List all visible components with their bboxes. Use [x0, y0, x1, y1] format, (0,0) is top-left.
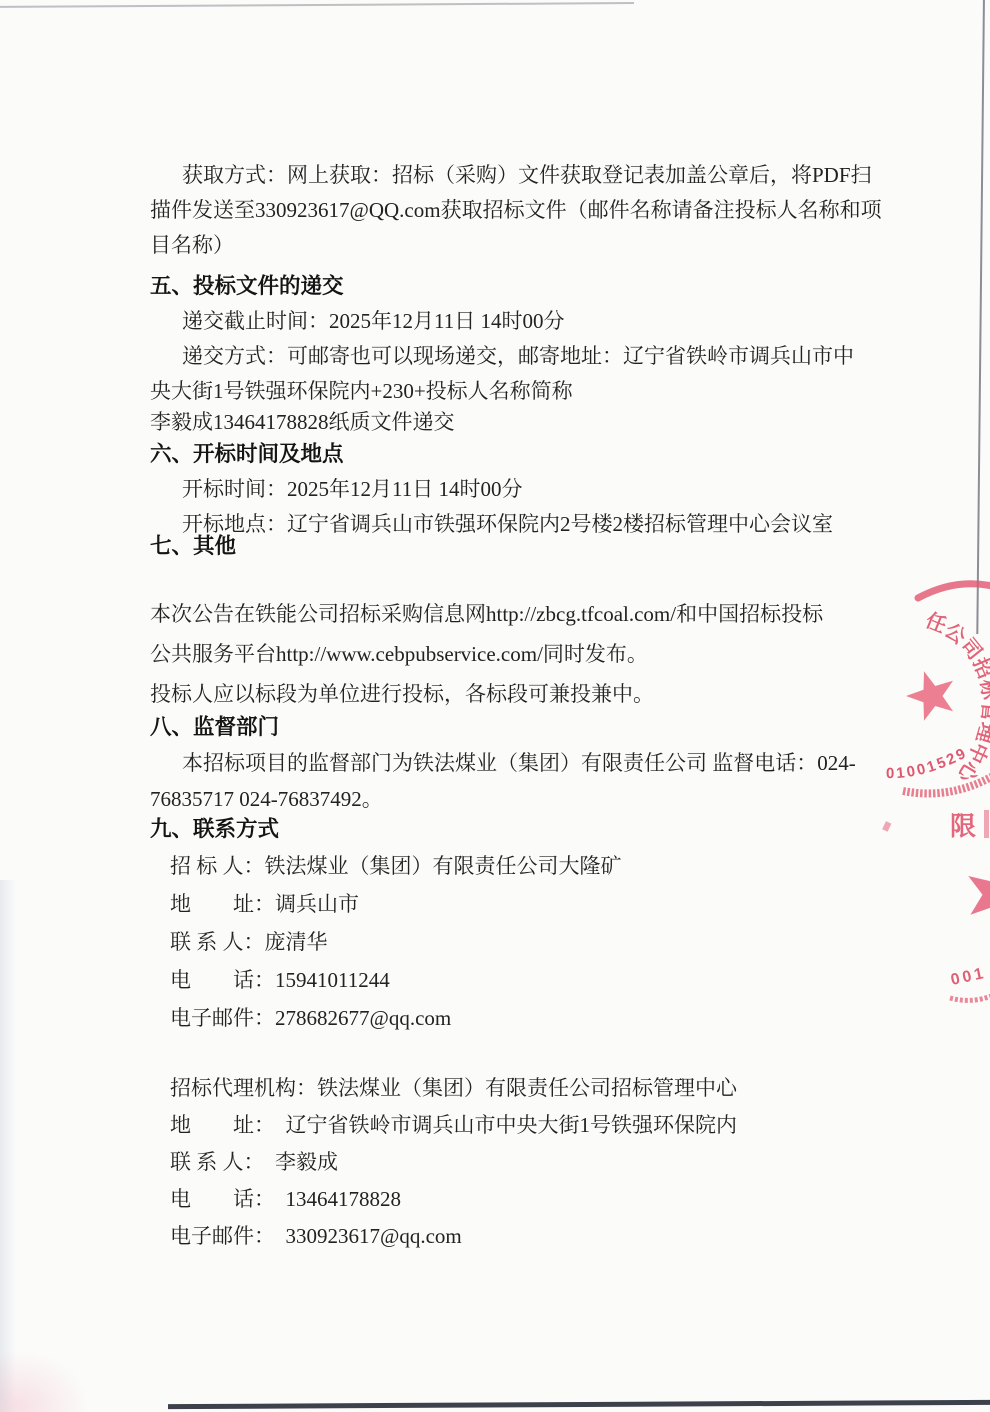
agency-address-line: 地 址： 辽宁省铁岭市调兵山市中央大街1号铁强环保院内: [150, 1107, 862, 1144]
bidder-email-line: 电子邮件：278682677@qq.com: [150, 999, 862, 1037]
agency-name-line: 招标代理机构：铁法煤业（集团）有限责任公司招标管理中心: [150, 1070, 862, 1107]
section5-line: 李毅成13464178828纸质文件递交: [150, 405, 862, 440]
scan-right-edge-line: [976, 0, 985, 634]
scanned-document-page: 获取方式：网上获取：招标（采购）文件获取登记表加盖公章后，将PDF扫 描件发送至…: [0, 0, 990, 1412]
document-body: 获取方式：网上获取：招标（采购）文件获取登记表加盖公章后，将PDF扫 描件发送至…: [150, 0, 862, 1255]
section5-line: 央大街1号铁强环保院内+230+投标人名称简称: [150, 374, 862, 409]
seal2-ink-fleck: [882, 821, 891, 832]
scan-pink-smudge: [0, 1350, 90, 1412]
seal2-digits: 001: [949, 965, 987, 989]
para-acquire-line: 描件发送至330923617@QQ.com获取招标文件（邮件名称请备注投标人名称…: [150, 193, 862, 228]
seal2-clipped-char: [984, 810, 989, 838]
scan-left-shadow: [0, 880, 16, 1412]
para-acquire-line: 目名称）: [150, 228, 862, 263]
section6-heading: 六、开标时间及地点: [150, 437, 862, 472]
scan-bottom-edge-band: [168, 1400, 990, 1409]
bidder-address-line: 地 址：调兵山市: [150, 885, 862, 923]
company-seal: 任公司招标管理中心 01001529 限 001: [860, 560, 990, 1020]
section9-heading: 九、联系方式: [150, 812, 862, 847]
seal-star-icon: [906, 671, 953, 720]
bidder-contact-block: 招 标 人：铁法煤业（集团）有限责任公司大隆矿 地 址：调兵山市 联 系 人：庞…: [150, 847, 862, 1037]
agency-contact-person-line: 联 系 人： 李毅成: [150, 1144, 862, 1181]
section7-line: 投标人应以标段为单位进行投标，各标段可兼投兼中。: [150, 674, 862, 714]
agency-email-line: 电子邮件： 330923617@qq.com: [150, 1218, 862, 1255]
section5-heading: 五、投标文件的递交: [150, 269, 862, 304]
seal2-arc-fragment: [950, 995, 990, 1000]
section7-line: 公共服务平台http://www.cebpubservice.com/同时发布。: [150, 634, 862, 674]
seal2-fragment-char: 限: [950, 811, 976, 841]
agency-phone-line: 电 话： 13464178828: [150, 1181, 862, 1218]
para-acquire-line: 获取方式：网上获取：招标（采购）文件获取登记表加盖公章后，将PDF扫: [150, 158, 862, 193]
section6-line: 开标时间：2025年12月11日 14时00分: [150, 472, 862, 507]
section5-line: 递交方式：可邮寄也可以现场递交，邮寄地址：辽宁省铁岭市调兵山市中: [150, 339, 862, 374]
section6-line: 开标地点：辽宁省调兵山市铁强环保院内2号楼2楼招标管理中心会议室: [150, 507, 862, 542]
seal-outer-arc-top: [918, 584, 990, 598]
bidder-name-line: 招 标 人：铁法煤业（集团）有限责任公司大隆矿: [150, 847, 862, 885]
section8-line: 本招标项目的监督部门为铁法煤业（集团）有限责任公司 监督电话：024-: [150, 745, 862, 781]
bidder-phone-line: 电 话：15941011244: [150, 961, 862, 999]
section7-line: 本次公告在铁能公司招标采购信息网http://zbcg.tfcoal.com/和…: [150, 594, 862, 634]
agency-contact-block: 招标代理机构：铁法煤业（集团）有限责任公司招标管理中心 地 址： 辽宁省铁岭市调…: [150, 1070, 862, 1255]
bidder-contact-person-line: 联 系 人：庞清华: [150, 923, 862, 961]
section5-line: 递交截止时间：2025年12月11日 14时00分: [150, 304, 862, 339]
section8-heading: 八、监督部门: [150, 710, 862, 745]
seal2-star-icon: [968, 862, 990, 925]
